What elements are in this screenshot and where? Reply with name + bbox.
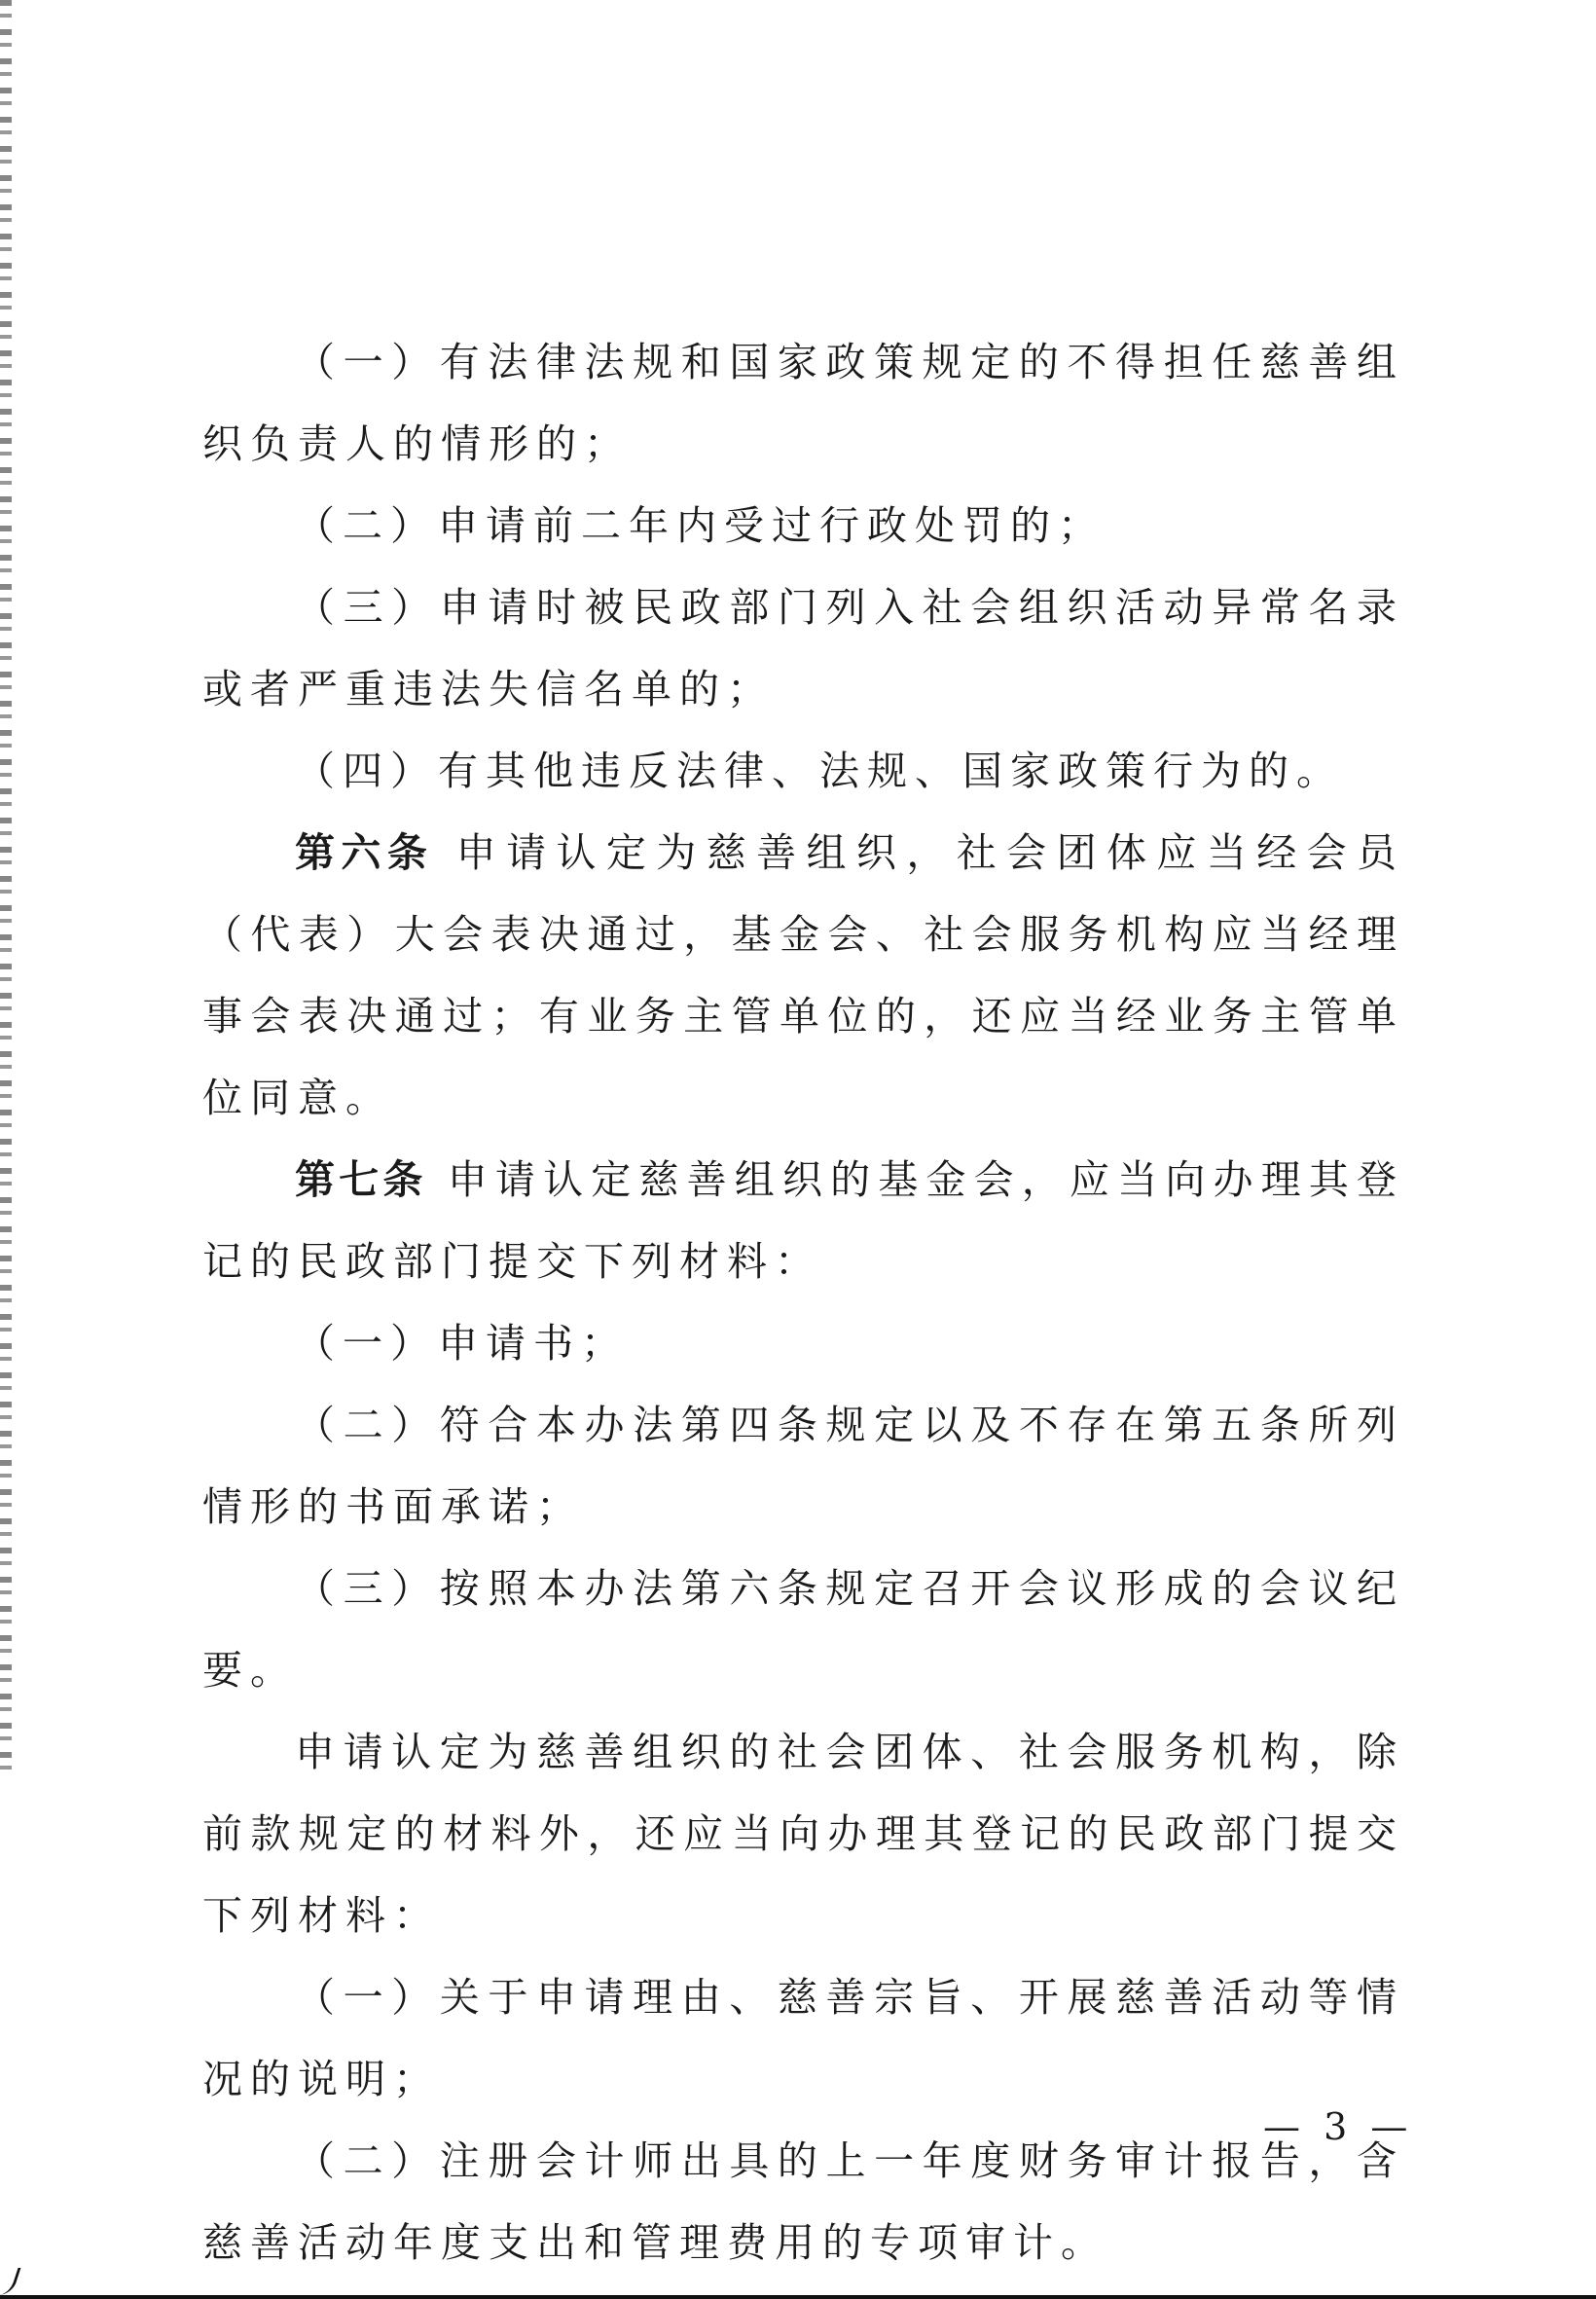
paragraph-item-7: （三）按照本办法第六条规定召开会议形成的会议纪要。 xyxy=(202,1548,1404,1711)
paragraph-item-5: （一）申请书； xyxy=(202,1302,1404,1384)
paragraph-item-8: （一）关于申请理由、慈善宗旨、开展慈善活动等情况的说明； xyxy=(202,1956,1404,2120)
article-6-heading: 第六条 xyxy=(295,829,433,876)
scan-edge-artifact xyxy=(0,0,12,1781)
paragraph-item-2: （二）申请前二年内受过行政处罚的； xyxy=(202,485,1404,566)
paragraph-clause: 申请认定为慈善组织的社会团体、社会服务机构，除前款规定的材料外，还应当向办理其登… xyxy=(202,1711,1404,1956)
paragraph-item-6: （二）符合本办法第四条规定以及不存在第五条所列情形的书面承诺； xyxy=(202,1384,1404,1548)
document-body: （一）有法律法规和国家政策规定的不得担任慈善组织负责人的情形的； （二）申请前二… xyxy=(202,321,1404,2283)
article-6: 第六条 申请认定为慈善组织，社会团体应当经会员（代表）大会表决通过，基金会、社会… xyxy=(202,812,1404,1139)
scan-bottom-edge xyxy=(0,2295,1596,2299)
scan-corner-curl xyxy=(0,2268,21,2295)
paragraph-item-4: （四）有其他违反法律、法规、国家政策行为的。 xyxy=(202,730,1404,812)
paragraph-item-9: （二）注册会计师出具的上一年度财务审计报告，含慈善活动年度支出和管理费用的专项审… xyxy=(202,2120,1404,2283)
article-7-heading: 第七条 xyxy=(295,1156,427,1203)
article-7: 第七条 申请认定慈善组织的基金会，应当向办理其登记的民政部门提交下列材料： xyxy=(202,1139,1404,1302)
paragraph-item-1: （一）有法律法规和国家政策规定的不得担任慈善组织负责人的情形的； xyxy=(202,321,1404,485)
page-number: — 3 — xyxy=(1263,2105,1413,2148)
paragraph-item-3: （三）申请时被民政部门列入社会组织活动异常名录或者严重违法失信名单的； xyxy=(202,566,1404,730)
